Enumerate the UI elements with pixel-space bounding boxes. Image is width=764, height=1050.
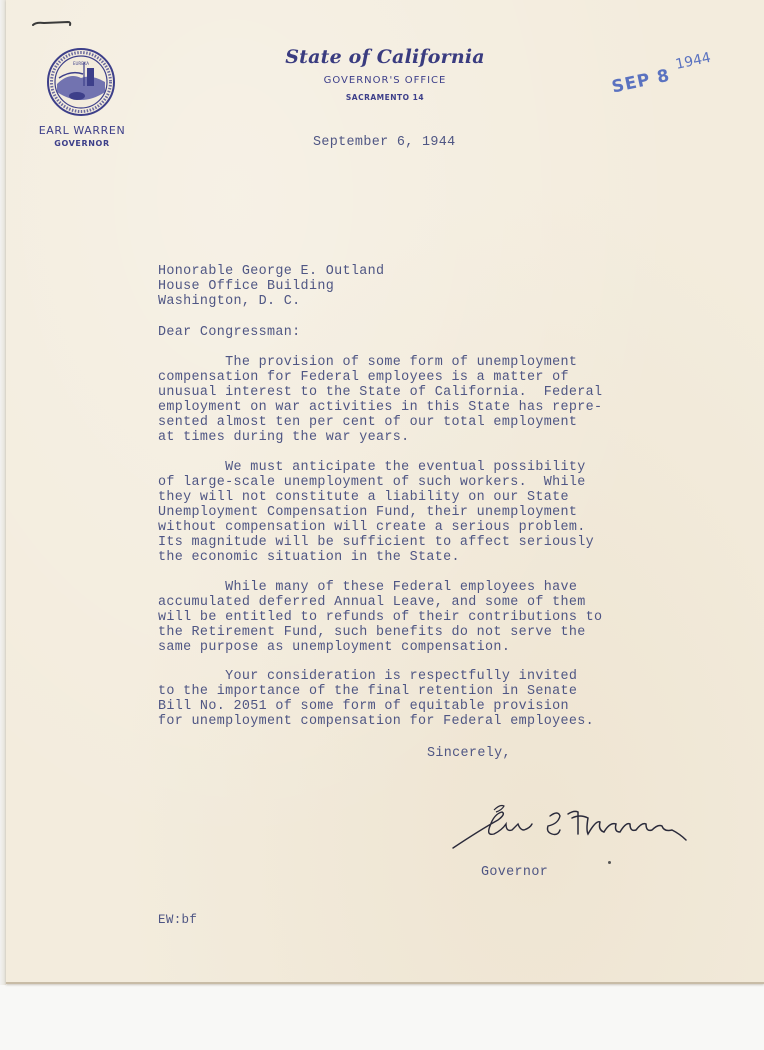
paragraph-line: Its magnitude will be sufficient to affe… xyxy=(158,535,594,550)
ink-dot xyxy=(608,861,611,864)
recipient-line: House Office Building xyxy=(158,279,384,294)
governor-name: EARL WARREN xyxy=(20,124,144,137)
handwritten-signature xyxy=(450,800,700,860)
office-name: GOVERNOR'S OFFICE xyxy=(270,75,500,86)
staple-mark-icon xyxy=(32,20,72,28)
paragraph-line: Unemployment Compensation Fund, their un… xyxy=(158,505,594,520)
paragraph-line: of large-scale unemployment of such work… xyxy=(158,475,594,490)
paragraph-line: unusual interest to the State of Califor… xyxy=(158,385,602,400)
paragraph-4: Your consideration is respectfully invit… xyxy=(158,669,594,729)
paragraph-line: for unemployment compensation for Federa… xyxy=(158,714,594,729)
paragraph-line: compensation for Federal employees is a … xyxy=(158,370,602,385)
paragraph-2: We must anticipate the eventual possibil… xyxy=(158,460,594,565)
paragraph-line: Bill No. 2051 of some form of equitable … xyxy=(158,699,594,714)
salutation: Dear Congressman: xyxy=(158,325,301,340)
paragraph-line: they will not constitute a liability on … xyxy=(158,490,594,505)
paragraph-line: will be entitled to refunds of their con… xyxy=(158,610,602,625)
recipient-address: Honorable George E. OutlandHouse Office … xyxy=(158,264,384,309)
closing: Sincerely, xyxy=(427,746,511,761)
reference-initials: EW:bf xyxy=(158,913,197,928)
office-city: SACRAMENTO 14 xyxy=(270,93,500,102)
recipient-line: Washington, D. C. xyxy=(158,294,384,309)
paragraph-line: accumulated deferred Annual Leave, and s… xyxy=(158,595,602,610)
svg-text:EUREKA: EUREKA xyxy=(73,61,89,66)
letter-date: September 6, 1944 xyxy=(313,135,456,150)
paragraph-line: to the importance of the final retention… xyxy=(158,684,594,699)
state-title: State of California xyxy=(270,46,500,68)
paragraph-line: same purpose as unemployment compensatio… xyxy=(158,640,602,655)
paragraph-line: the Retirement Fund, such benefits do no… xyxy=(158,625,602,640)
paragraph-line: While many of these Federal employees ha… xyxy=(158,580,602,595)
paragraph-line: We must anticipate the eventual possibil… xyxy=(158,460,594,475)
paragraph-3: While many of these Federal employees ha… xyxy=(158,580,602,655)
great-seal-of-california-icon: EUREKA xyxy=(47,48,115,116)
paragraph-line: at times during the war years. xyxy=(158,430,602,445)
recipient-line: Honorable George E. Outland xyxy=(158,264,384,279)
governor-title: GOVERNOR xyxy=(20,139,144,148)
paragraph-line: The provision of some form of unemployme… xyxy=(158,355,602,370)
paragraph-line: the economic situation in the State. xyxy=(158,550,594,565)
paragraph-1: The provision of some form of unemployme… xyxy=(158,355,602,445)
paragraph-line: Your consideration is respectfully invit… xyxy=(158,669,594,684)
signer-title: Governor xyxy=(481,865,548,880)
paragraph-line: employment on war activities in this Sta… xyxy=(158,400,602,415)
paragraph-line: sented almost ten per cent of our total … xyxy=(158,415,602,430)
paragraph-line: without compensation will create a serio… xyxy=(158,520,594,535)
